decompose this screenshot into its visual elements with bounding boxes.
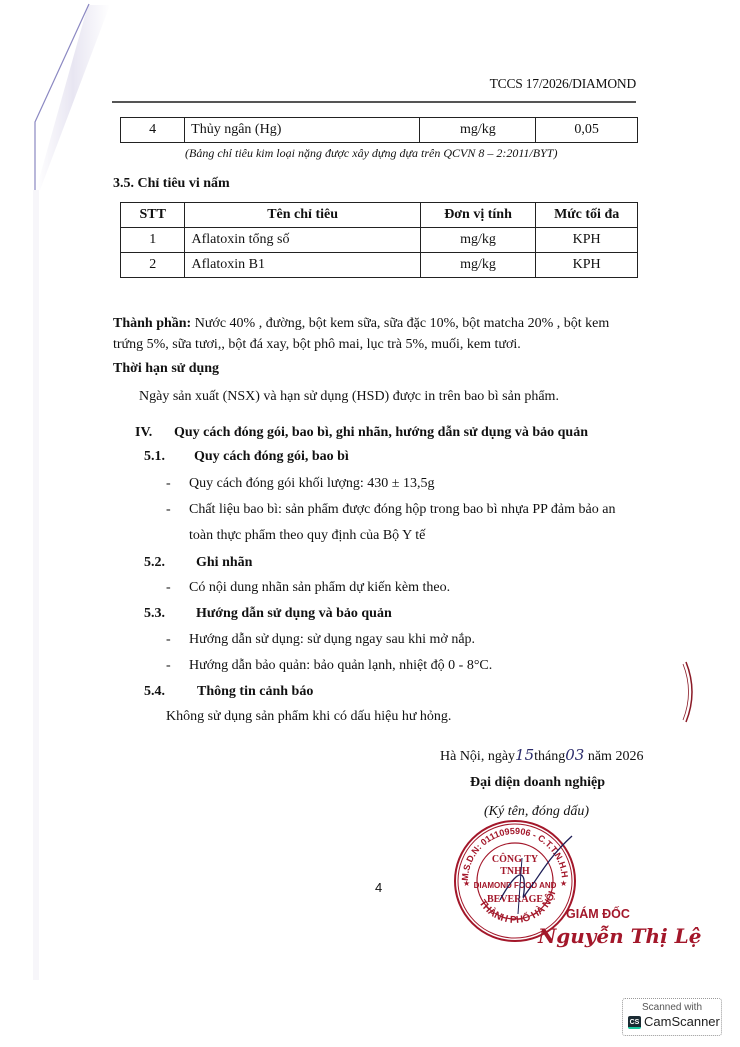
subsection-5-1-title: Quy cách đóng gói, bao bì bbox=[194, 449, 349, 465]
camscanner-watermark: Scanned with CS CamScanner bbox=[622, 998, 722, 1036]
cell-max: 0,05 bbox=[536, 118, 638, 143]
table-header-row: STT Tên chỉ tiêu Đơn vị tính Mức tối đa bbox=[121, 203, 638, 228]
cell-name: Thủy ngân (Hg) bbox=[185, 118, 420, 143]
shelf-life-title: Thời hạn sử dụng bbox=[113, 358, 653, 379]
cell-stt: 2 bbox=[121, 253, 185, 278]
handwritten-day: 15 bbox=[515, 746, 534, 764]
cell-unit: mg/kg bbox=[420, 253, 536, 278]
handwritten-month: 03 bbox=[565, 746, 584, 764]
cell-unit: mg/kg bbox=[420, 228, 536, 253]
ingredients-line2: trứng 5%, sữa tươi,, bột đá xay, bột phô… bbox=[113, 337, 521, 352]
bullet-dash: - bbox=[166, 580, 171, 596]
stamp-line3: DIAMOND FOOD AND bbox=[474, 881, 557, 890]
table-row: 2 Aflatoxin B1 mg/kg KPH bbox=[121, 253, 638, 278]
list-item: Quy cách đóng gói khối lượng: 430 ± 13,5… bbox=[189, 476, 435, 492]
col-header-name: Tên chỉ tiêu bbox=[185, 203, 420, 228]
ingredients-line1: Nước 40% , đường, bột kem sữa, sữa đặc 1… bbox=[191, 316, 609, 331]
table-note: (Bảng chỉ tiêu kim loại nặng được xây dự… bbox=[185, 146, 557, 161]
year-label: năm 2026 bbox=[588, 749, 644, 764]
subsection-5-2-title: Ghi nhãn bbox=[196, 555, 252, 571]
cell-max: KPH bbox=[536, 228, 638, 253]
list-item: Hướng dẫn sử dụng: sử dụng ngay sau khi … bbox=[189, 632, 475, 648]
list-item: Có nội dung nhãn sản phẩm dự kiến kèm th… bbox=[189, 580, 450, 596]
bullet-dash: - bbox=[166, 658, 171, 674]
table-row: 4 Thủy ngân (Hg) mg/kg 0,05 bbox=[121, 118, 638, 143]
place-prefix: Hà Nội, ngày bbox=[440, 749, 515, 764]
col-header-stt: STT bbox=[121, 203, 185, 228]
cell-unit: mg/kg bbox=[420, 118, 536, 143]
camscanner-logo-icon: CS bbox=[628, 1016, 641, 1029]
warning-text: Không sử dụng sản phẩm khi có dấu hiệu h… bbox=[166, 709, 451, 725]
list-item: Hướng dẫn bảo quản: bảo quản lạnh, nhiệt… bbox=[189, 658, 492, 674]
stamp-line2: TNHH bbox=[500, 866, 530, 877]
col-header-max: Mức tối đa bbox=[536, 203, 638, 228]
bullet-dash: - bbox=[166, 502, 171, 518]
section-3-5-title: 3.5. Chỉ tiêu vi nấm bbox=[113, 176, 230, 192]
watermark-brand: CamScanner bbox=[644, 1014, 720, 1029]
month-label: tháng bbox=[534, 749, 565, 764]
subsection-5-2-number: 5.2. bbox=[144, 555, 165, 571]
document-page: TCCS 17/2026/DIAMOND 4 Thủy ngân (Hg) mg… bbox=[0, 0, 740, 1047]
shelf-life-text: Ngày sản xuất (NSX) và hạn sử dụng (HSD)… bbox=[139, 386, 679, 407]
header-rule bbox=[112, 101, 636, 103]
section-iv-number: IV. bbox=[135, 425, 152, 441]
document-code: TCCS 17/2026/DIAMOND bbox=[490, 76, 636, 92]
stamp-line1: CÔNG TY bbox=[492, 852, 539, 865]
svg-text:★: ★ bbox=[463, 879, 470, 888]
cell-name: Aflatoxin tổng số bbox=[185, 228, 420, 253]
subsection-5-4-title: Thông tin cảnh báo bbox=[197, 684, 313, 700]
page-number: 4 bbox=[375, 880, 382, 895]
heavy-metal-table: 4 Thủy ngân (Hg) mg/kg 0,05 bbox=[120, 117, 638, 143]
table-row: 1 Aflatoxin tổng số mg/kg KPH bbox=[121, 228, 638, 253]
ingredients-paragraph: Thành phần: Nước 40% , đường, bột kem sữ… bbox=[113, 313, 653, 355]
subsection-5-3-title: Hướng dẫn sử dụng và bảo quản bbox=[196, 606, 392, 622]
subsection-5-1-number: 5.1. bbox=[144, 449, 165, 465]
watermark-top-text: Scanned with bbox=[623, 1002, 721, 1013]
bullet-dash: - bbox=[166, 632, 171, 648]
svg-text:★: ★ bbox=[560, 879, 567, 888]
director-name: Nguyễn Thị Lệ bbox=[538, 924, 701, 948]
mycotoxin-table: STT Tên chỉ tiêu Đơn vị tính Mức tối đa … bbox=[120, 202, 638, 278]
list-item-continuation: toàn thực phẩm theo quy định của Bộ Y tế bbox=[189, 528, 425, 544]
position-title: GIÁM ĐỐC bbox=[566, 907, 630, 921]
cell-max: KPH bbox=[536, 253, 638, 278]
stamp-line4: BEVERAGE bbox=[487, 894, 543, 905]
ingredients-label: Thành phần: bbox=[113, 316, 191, 331]
col-header-unit: Đơn vị tính bbox=[420, 203, 536, 228]
bullet-dash: - bbox=[166, 476, 171, 492]
cell-stt: 1 bbox=[121, 228, 185, 253]
representative-label: Đại diện doanh nghiệp bbox=[470, 775, 605, 791]
adjacent-stamp-edge bbox=[682, 660, 702, 724]
section-iv-title: Quy cách đóng gói, bao bì, ghi nhãn, hướ… bbox=[174, 425, 588, 441]
cell-stt: 4 bbox=[121, 118, 185, 143]
subsection-5-3-number: 5.3. bbox=[144, 606, 165, 622]
list-item: Chất liệu bao bì: sản phẩm được đóng hộp… bbox=[189, 502, 615, 518]
cell-name: Aflatoxin B1 bbox=[185, 253, 420, 278]
place-date: Hà Nội, ngày15tháng03 năm 2026 bbox=[440, 746, 643, 765]
subsection-5-4-number: 5.4. bbox=[144, 684, 165, 700]
